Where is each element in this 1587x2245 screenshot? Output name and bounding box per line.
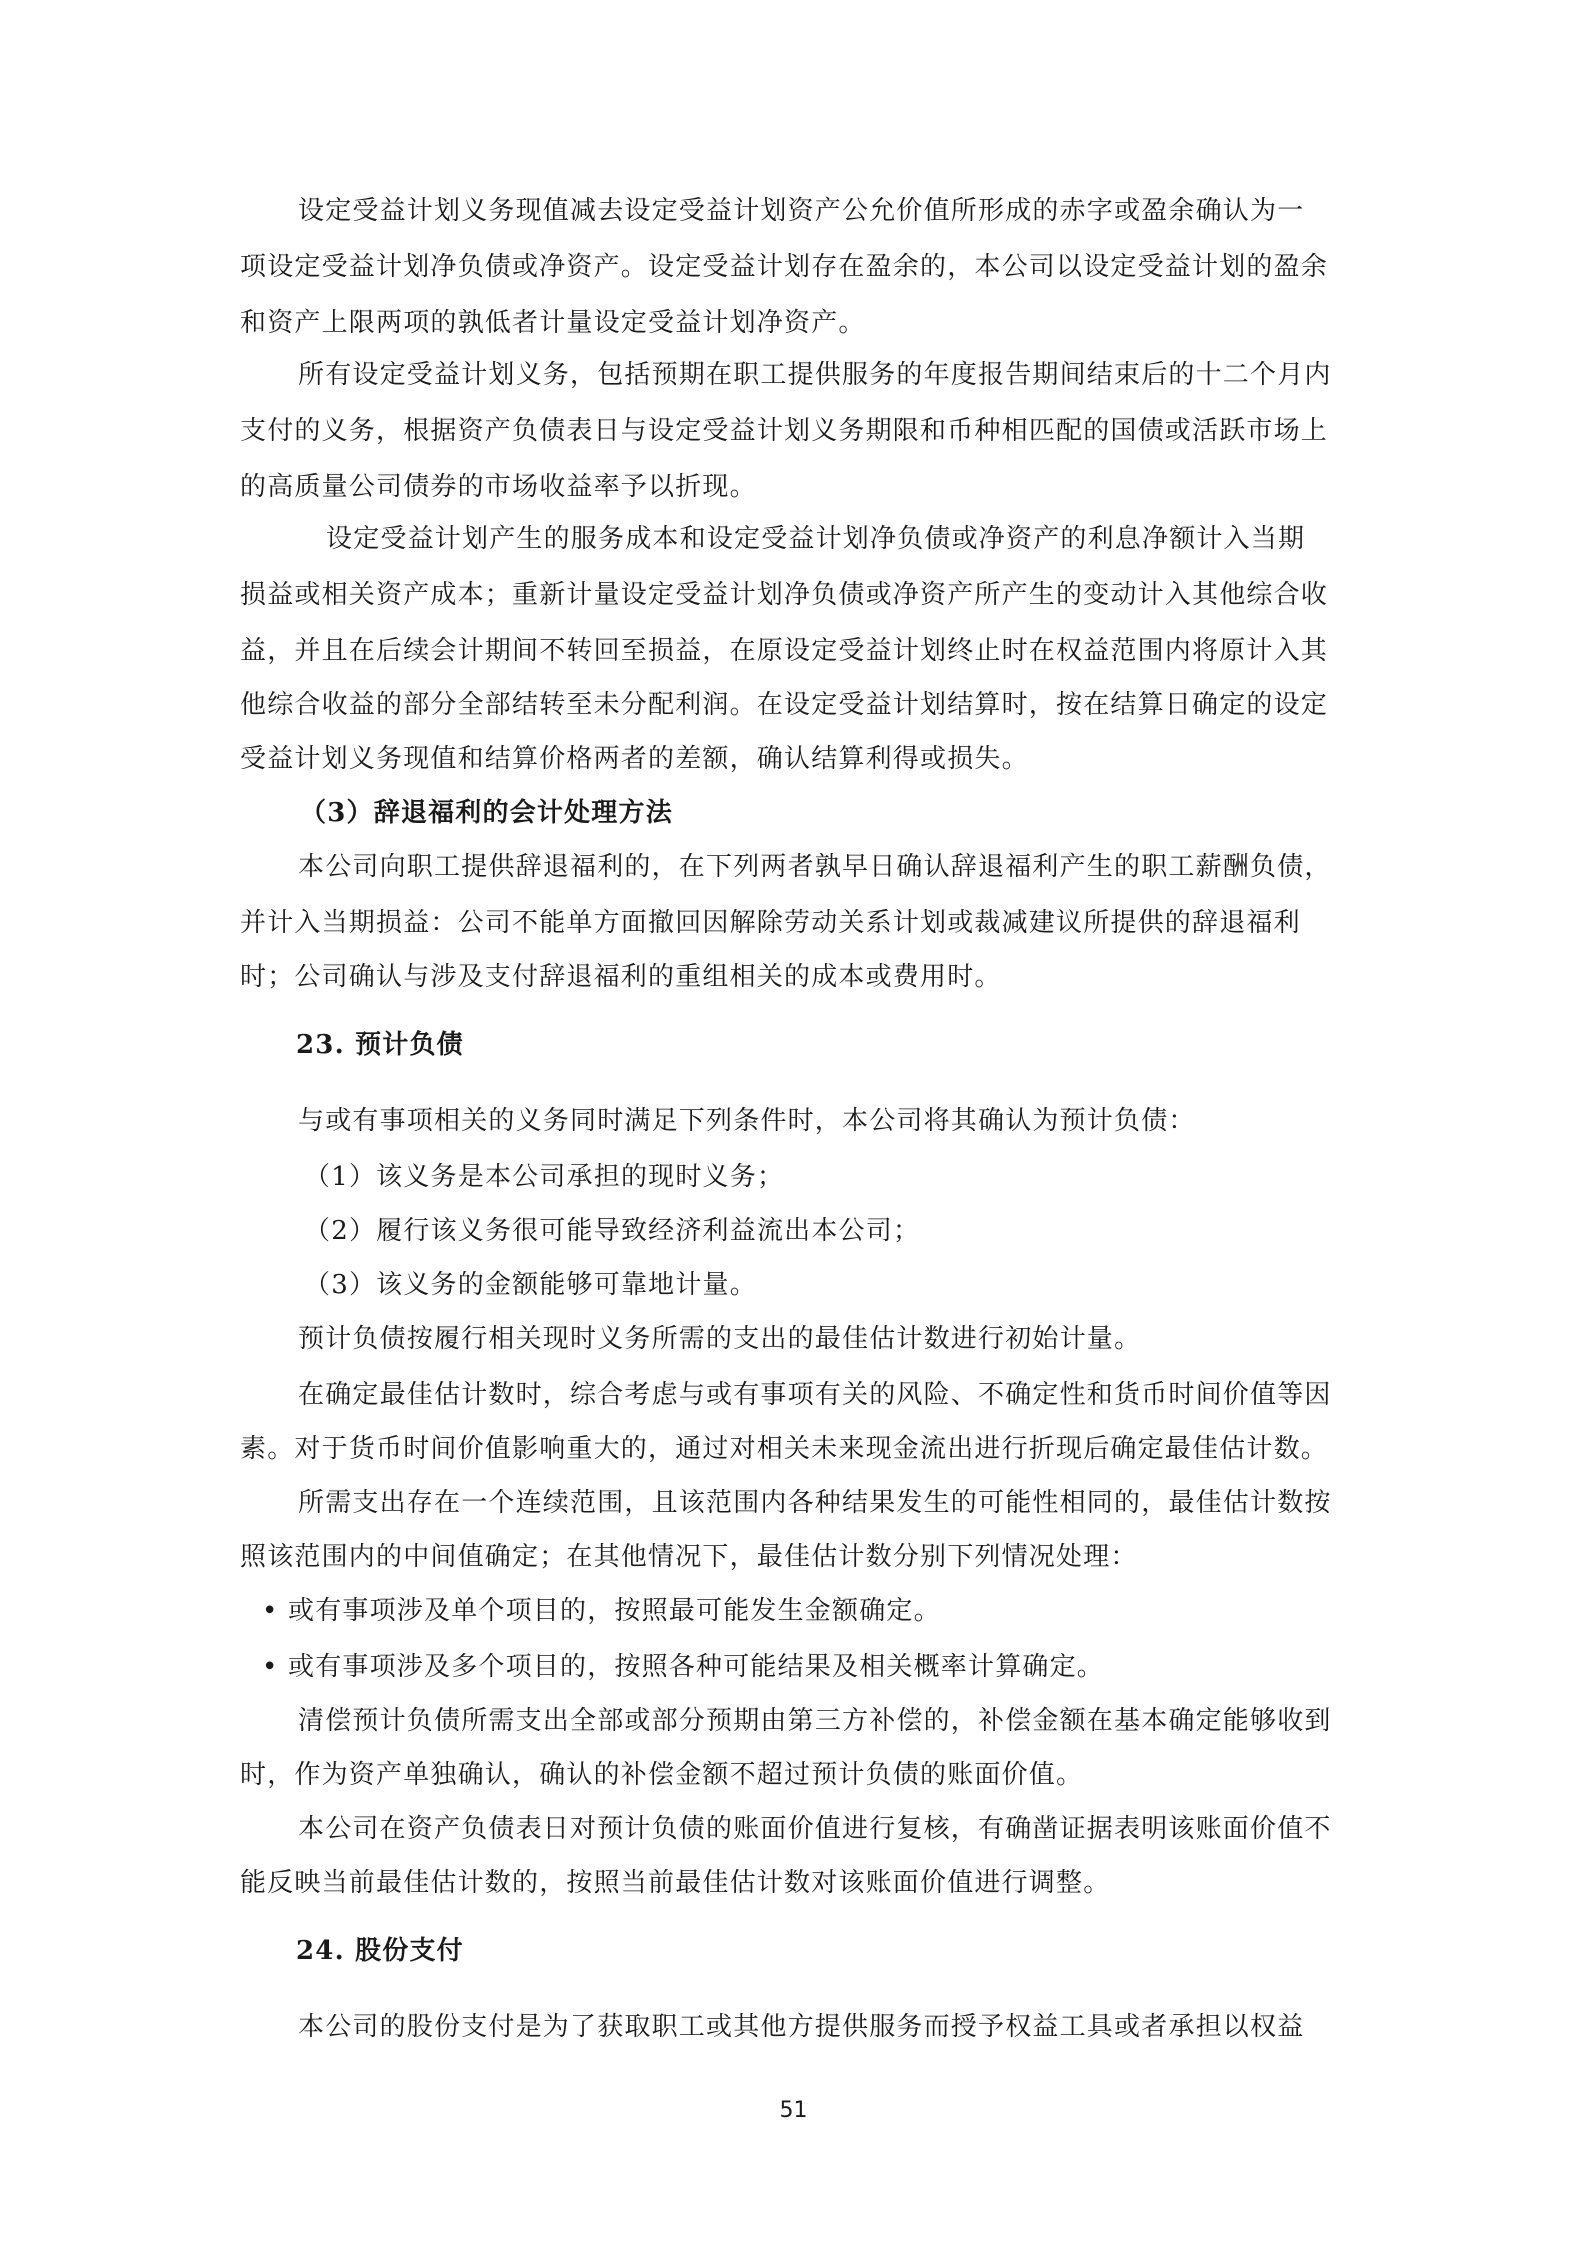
bullet-item: •或有事项涉及多个项目的，按照各种可能结果及相关概率计算确定。 bbox=[262, 1652, 1104, 1682]
paragraph-line: 损益或相关资产成本；重新计量设定受益计划净负债或净资产所产生的变动计入其他综合收 bbox=[240, 580, 1328, 610]
paragraph-line: 设定受益计划义务现值减去设定受益计划资产公允价值所形成的赤字或盈余确认为一 bbox=[298, 196, 1304, 226]
bullet-item: •或有事项涉及单个项目的，按照最可能发生金额确定。 bbox=[262, 1596, 941, 1626]
paragraph-line: 他综合收益的部分全部结转至未分配利润。在设定受益计划结算时，按在结算日确定的设定 bbox=[240, 690, 1328, 720]
paragraph-line: 项设定受益计划净负债或净资产。设定受益计划存在盈余的，本公司以设定受益计划的盈余 bbox=[240, 252, 1328, 282]
paragraph-line: 本公司在资产负债表日对预计负债的账面价值进行复核，有确凿证据表明该账面价值不 bbox=[298, 1814, 1332, 1844]
paragraph-line: 清偿预计负债所需支出全部或部分预期由第三方补偿的，补偿金额在基本确定能够收到 bbox=[298, 1706, 1332, 1736]
paragraph-line: 时，作为资产单独确认，确认的补偿金额不超过预计负债的账面价值。 bbox=[240, 1760, 1083, 1790]
paragraph-line: 时；公司确认与涉及支付辞退福利的重组相关的成本或费用时。 bbox=[240, 962, 1002, 992]
paragraph-line: 所需支出存在一个连续范围，且该范围内各种结果发生的可能性相同的，最佳估计数按 bbox=[298, 1488, 1332, 1518]
paragraph-line: 本公司向职工提供辞退福利的，在下列两者孰早日确认辞退福利产生的职工薪酬负债， bbox=[298, 852, 1332, 882]
subheading-severance: （3）辞退福利的会计处理方法 bbox=[300, 798, 673, 828]
bullet-text: 或有事项涉及单个项目的，按照最可能发生金额确定。 bbox=[288, 1596, 941, 1626]
section-heading-23: 23. 预计负债 bbox=[296, 1030, 464, 1060]
condition-item: （3）该义务的金额能够可靠地计量。 bbox=[304, 1270, 757, 1300]
paragraph-line: 的高质量公司债券的市场收益率予以折现。 bbox=[240, 472, 757, 502]
paragraph-line: 与或有事项相关的义务同时满足下列条件时，本公司将其确认为预计负债： bbox=[298, 1106, 1196, 1136]
paragraph-line: 本公司的股份支付是为了获取职工或其他方提供服务而授予权益工具或者承担以权益 bbox=[298, 2012, 1304, 2042]
paragraph-line: 受益计划义务现值和结算价格两者的差额，确认结算利得或损失。 bbox=[240, 744, 1029, 774]
paragraph-line: 支付的义务，根据资产负债表日与设定受益计划义务期限和币种相匹配的国债或活跃市场上 bbox=[240, 416, 1328, 446]
page-number: 51 bbox=[0, 2098, 1587, 2123]
condition-item: （2）履行该义务很可能导致经济利益流出本公司； bbox=[304, 1216, 920, 1246]
bullet-icon: • bbox=[262, 1596, 288, 1626]
paragraph-line: 在确定最佳估计数时，综合考虑与或有事项有关的风险、不确定性和货币时间价值等因 bbox=[298, 1380, 1332, 1410]
paragraph-line: 素。对于货币时间价值影响重大的，通过对相关未来现金流出进行折现后确定最佳估计数。 bbox=[240, 1434, 1328, 1464]
bullet-text: 或有事项涉及多个项目的，按照各种可能结果及相关概率计算确定。 bbox=[288, 1652, 1104, 1682]
paragraph-line: 设定受益计划产生的服务成本和设定受益计划净负债或净资产的利息净额计入当期 bbox=[326, 524, 1305, 554]
condition-item: （1）该义务是本公司承担的现时义务； bbox=[304, 1162, 784, 1192]
section-heading-24: 24. 股份支付 bbox=[296, 1936, 464, 1966]
paragraph-line: 益，并且在后续会计期间不转回至损益，在原设定受益计划终止时在权益范围内将原计入其 bbox=[240, 636, 1328, 666]
paragraph-line: 预计负债按履行相关现时义务所需的支出的最佳估计数进行初始计量。 bbox=[298, 1324, 1141, 1354]
paragraph-line: 并计入当期损益：公司不能单方面撤回因解除劳动关系计划或裁减建议所提供的辞退福利 bbox=[240, 908, 1301, 938]
paragraph-line: 所有设定受益计划义务，包括预期在职工提供服务的年度报告期间结束后的十二个月内 bbox=[298, 360, 1332, 390]
document-page: 设定受益计划义务现值减去设定受益计划资产公允价值所形成的赤字或盈余确认为一 项设… bbox=[0, 0, 1587, 2245]
paragraph-line: 照该范围内的中间值确定；在其他情况下，最佳估计数分别下列情况处理： bbox=[240, 1542, 1138, 1572]
paragraph-line: 能反映当前最佳估计数的，按照当前最佳估计数对该账面价值进行调整。 bbox=[240, 1868, 1110, 1898]
paragraph-line: 和资产上限两项的孰低者计量设定受益计划净资产。 bbox=[240, 308, 866, 338]
bullet-icon: • bbox=[262, 1652, 288, 1682]
